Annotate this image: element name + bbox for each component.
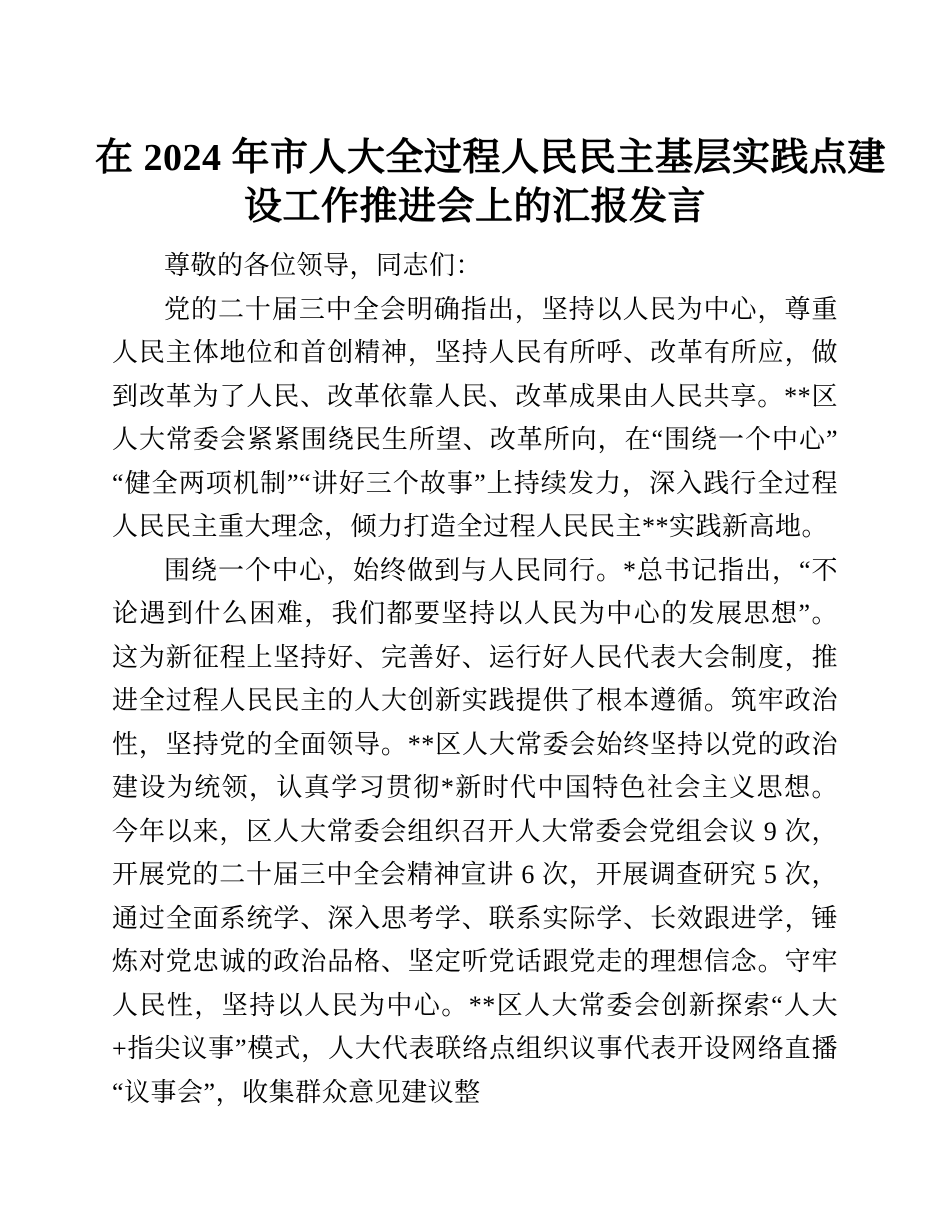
document-page: 在 2024 年市人大全过程人民民主基层实践点建 设工作推进会上的汇报发言 尊敬…: [0, 0, 950, 1230]
document-title-line-1: 在 2024 年市人大全过程人民民主基层实践点建: [95, 134, 855, 183]
document-title-line-2: 设工作推进会上的汇报发言: [95, 183, 855, 232]
document-body: 尊敬的各位领导，同志们： 党的二十届三中全会明确指出，坚持以人民为中心，尊重人民…: [0, 244, 950, 1114]
document-title: 在 2024 年市人大全过程人民民主基层实践点建 设工作推进会上的汇报发言: [0, 0, 950, 232]
paragraph-center-focus: 围绕一个中心，始终做到与人民同行。*总书记指出，“不论遇到什么困难，我们都要坚持…: [112, 549, 838, 1115]
paragraph-greeting: 尊敬的各位领导，同志们：: [112, 244, 838, 288]
paragraph-overview: 党的二十届三中全会明确指出，坚持以人民为中心，尊重人民主体地位和首创精神，坚持人…: [112, 288, 838, 549]
